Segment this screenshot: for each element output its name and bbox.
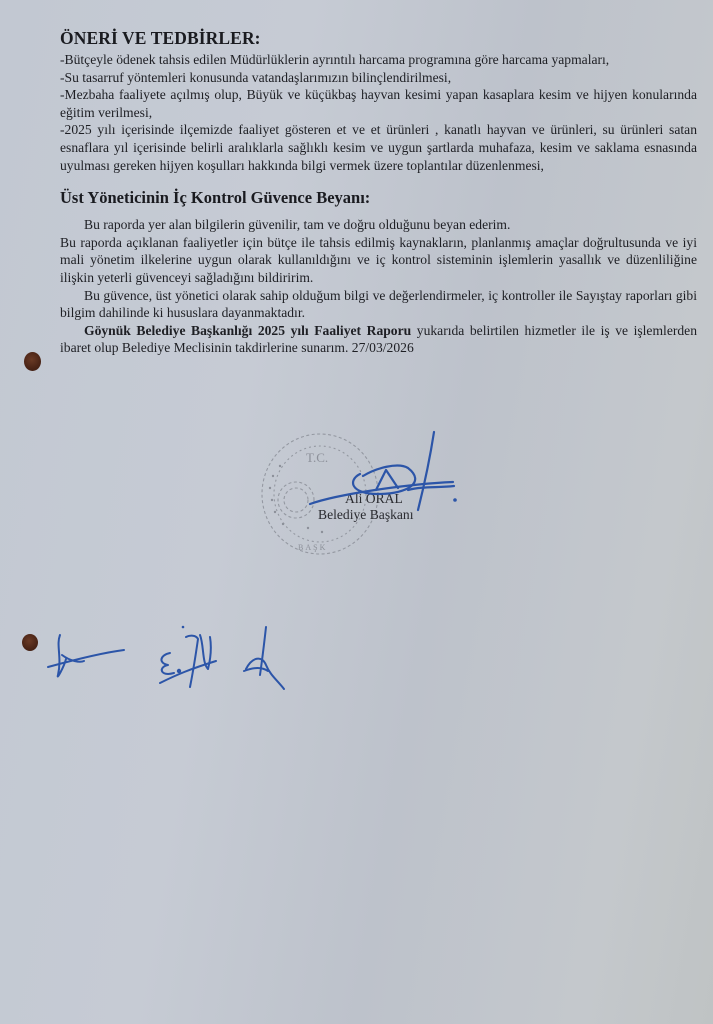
report-title: Göynük Belediye Başkanlığı 2025 yılı Faa… — [84, 323, 411, 338]
mayor-signature-icon — [258, 428, 478, 568]
council-signatures-icon — [40, 605, 340, 695]
punch-hole-bottom — [22, 634, 38, 651]
recommendation-item: -Bütçeyle ödenek tahsis edilen Müdürlükl… — [60, 51, 697, 69]
recommendation-item: -Su tasarruf yöntemleri konusunda vatand… — [60, 69, 697, 87]
assurance-paragraph: Bu raporda yer alan bilgilerin güvenilir… — [60, 216, 697, 234]
signature-block: T.C. BAŞK Ali ORAL Belediye Başkanı — [258, 428, 478, 568]
scanned-page: ÖNERİ VE TEDBİRLER: -Bütçeyle ödenek tah… — [0, 0, 713, 1024]
recommendation-item: -Mezbaha faaliyete açılmış olup, Büyük v… — [60, 86, 697, 121]
punch-hole-top — [24, 352, 41, 371]
submission-statement: Göynük Belediye Başkanlığı 2025 yılı Faa… — [60, 322, 697, 357]
document-body: ÖNERİ VE TEDBİRLER: -Bütçeyle ödenek tah… — [60, 28, 697, 357]
recommendation-item: -2025 yılı içerisinde ilçemizde faaliyet… — [60, 121, 697, 174]
section-title-recommendations: ÖNERİ VE TEDBİRLER: — [60, 28, 697, 49]
assurance-paragraph: Bu raporda açıklanan faaliyetler için bü… — [60, 234, 697, 287]
section-title-assurance: Üst Yöneticinin İç Kontrol Güvence Beyan… — [60, 188, 697, 208]
assurance-paragraph: Bu güvence, üst yönetici olarak sahip ol… — [60, 287, 697, 322]
